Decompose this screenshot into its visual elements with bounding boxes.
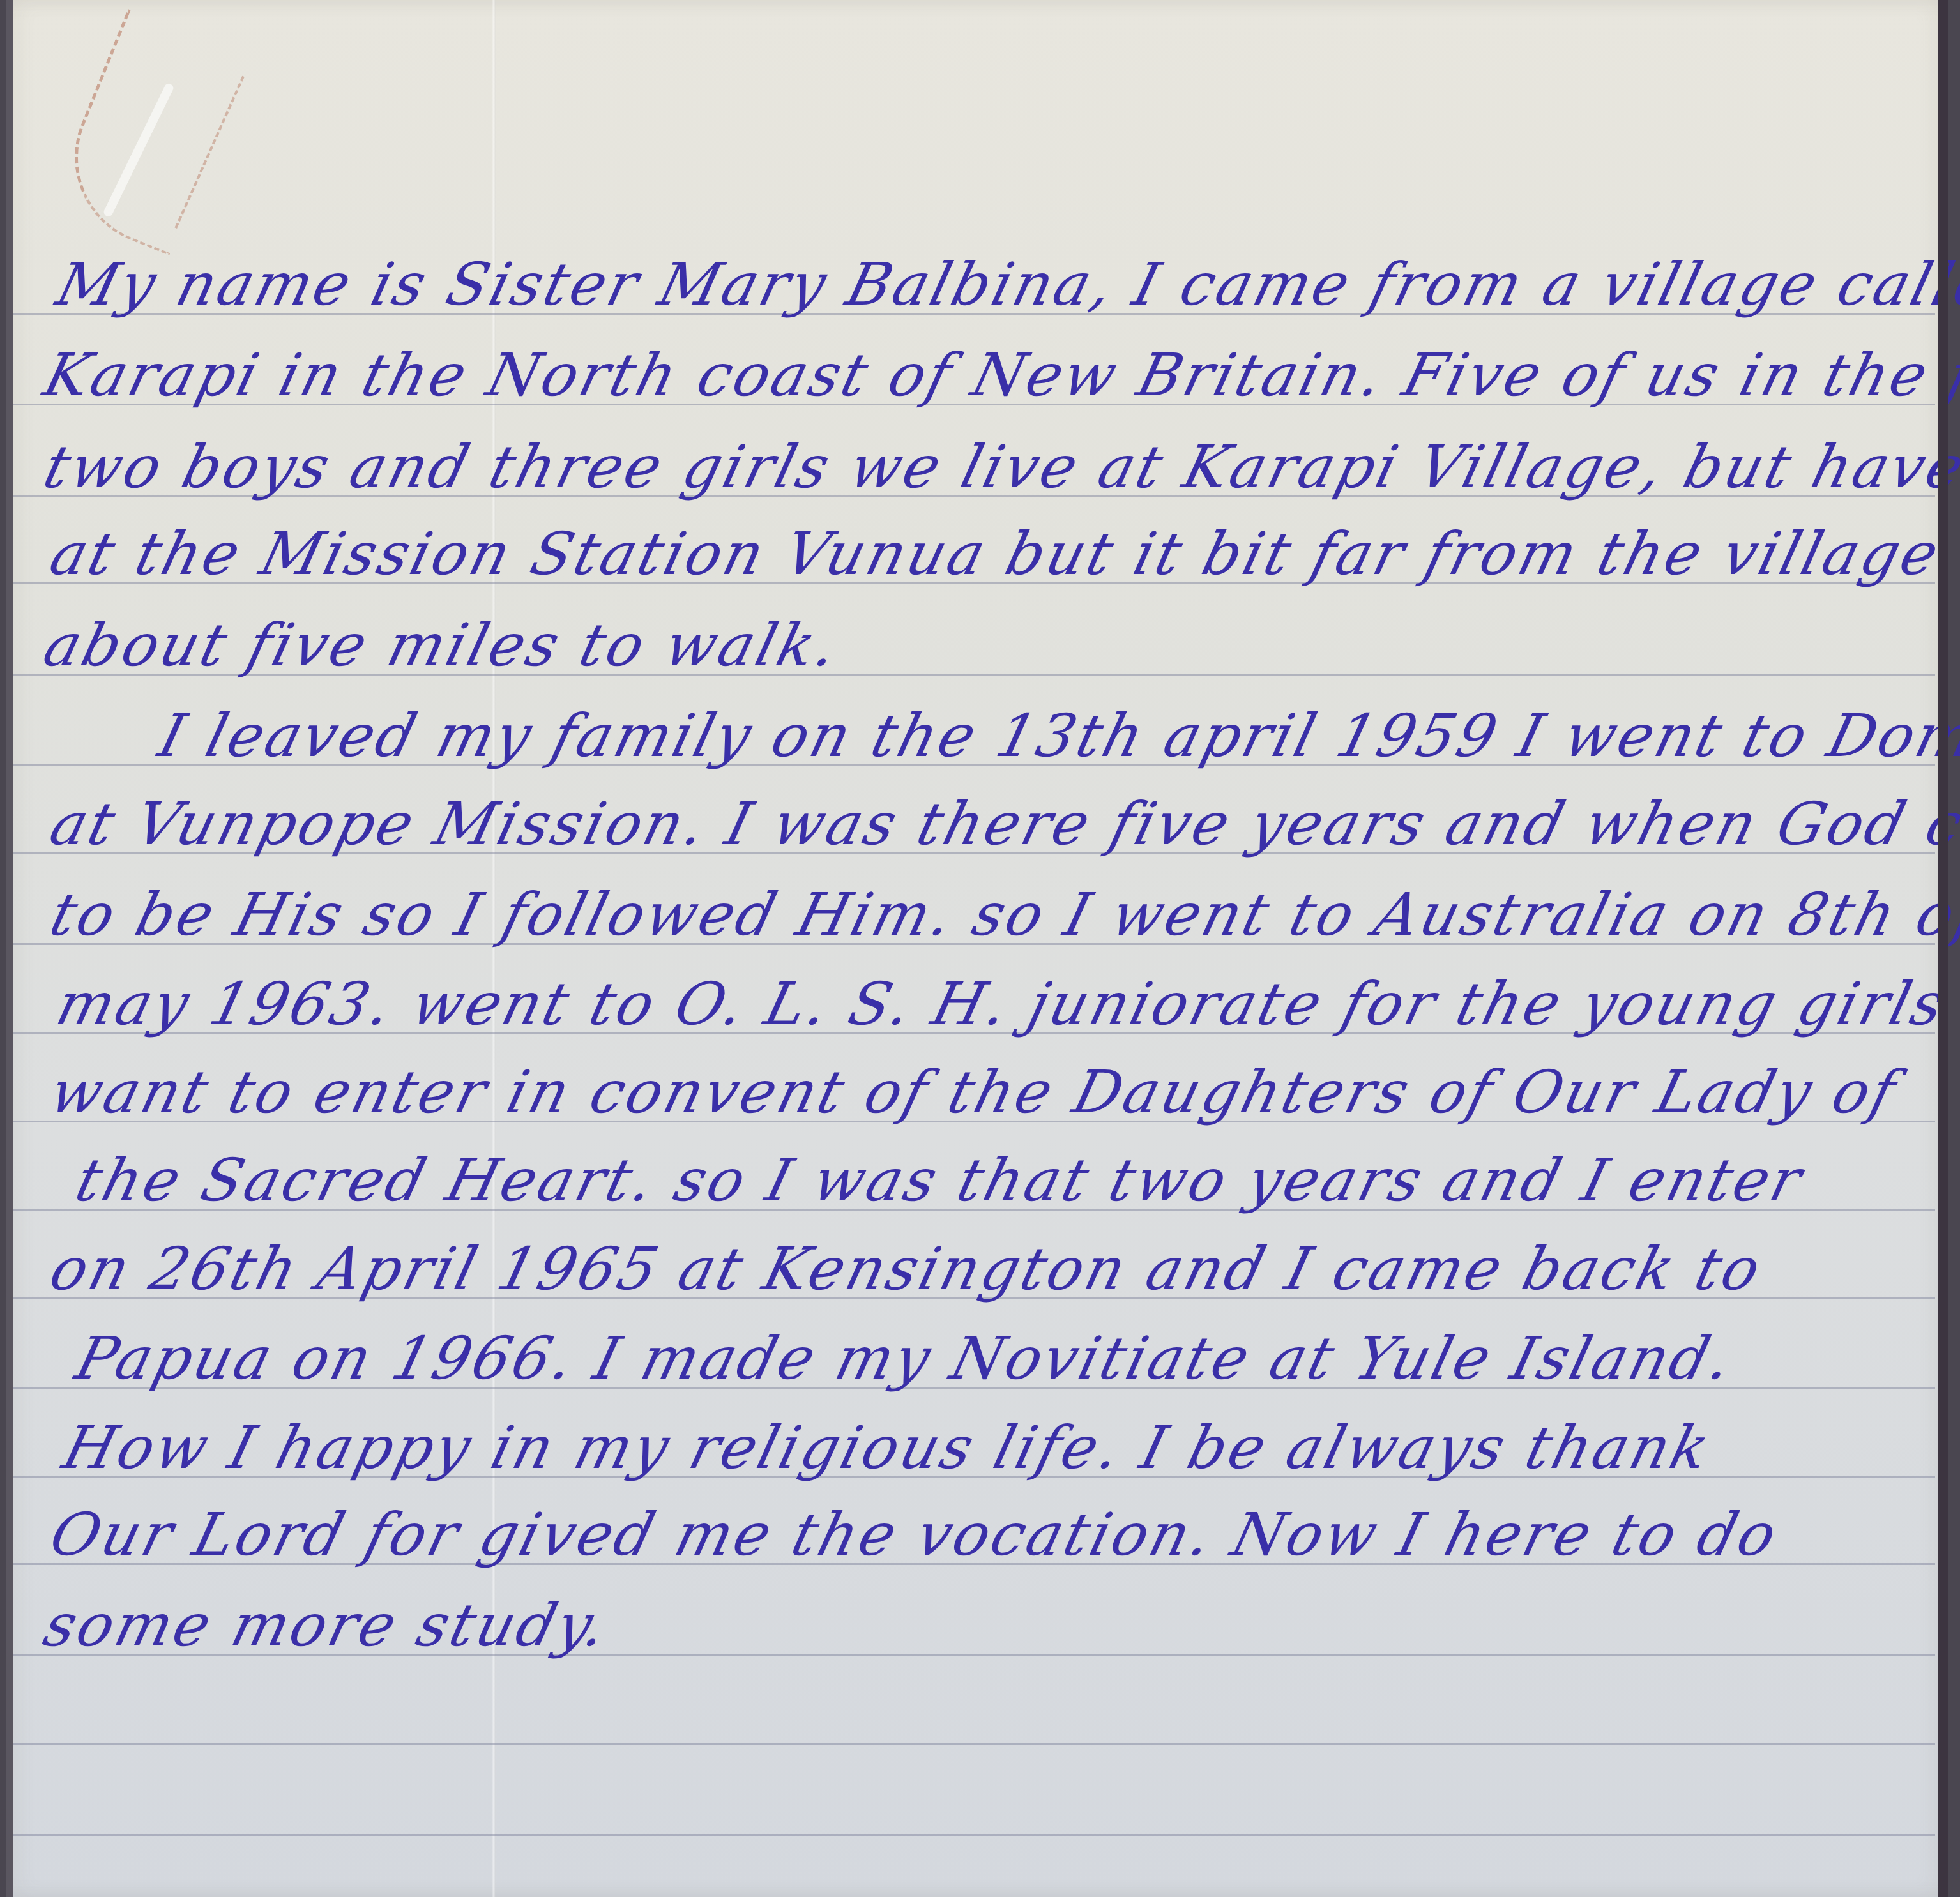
- handwritten-line: I leaved my family on the 13th april 195…: [153, 707, 1960, 766]
- handwritten-line: on 26th April 1965 at Kensington and I c…: [45, 1240, 1768, 1299]
- ruled-line: [13, 1834, 1935, 1836]
- ruled-line: [13, 1743, 1935, 1745]
- left-edge: [6, 0, 13, 1897]
- handwritten-line: Our Lord for gived me the vocation. Now …: [45, 1506, 1784, 1564]
- handwritten-line: want to enter in convent of the Daughter…: [45, 1063, 1903, 1122]
- handwritten-line: Karapi in the North coast of New Britain…: [38, 346, 1960, 405]
- handwritten-line: some more study.: [38, 1596, 614, 1655]
- handwritten-line: two boys and three girls we live at Kara…: [38, 438, 1960, 497]
- right-edge: [1938, 0, 1948, 1897]
- handwritten-line: may 1963. went to O. L. S. H. juniorate …: [51, 975, 1960, 1034]
- handwritten-line: about five miles to walk.: [38, 616, 845, 675]
- paper-sheet: My name is Sister Mary Balbina, I came f…: [6, 0, 1948, 1897]
- handwritten-line: at the Mission Station Vunua but it bit …: [45, 525, 1947, 584]
- handwritten-line: How I happy in my religious life. I be a…: [57, 1419, 1717, 1478]
- handwritten-line: Papua on 1966. I made my Novitiate at Yu…: [70, 1329, 1740, 1388]
- handwritten-line: to be His so I followed Him. so I went t…: [45, 886, 1960, 944]
- handwritten-line: the Sacred Heart. so I was that two year…: [70, 1151, 1810, 1210]
- handwritten-line: at Vunpope Mission. I was there five yea…: [45, 795, 1960, 854]
- handwritten-line: My name is Sister Mary Balbina, I came f…: [51, 255, 1960, 314]
